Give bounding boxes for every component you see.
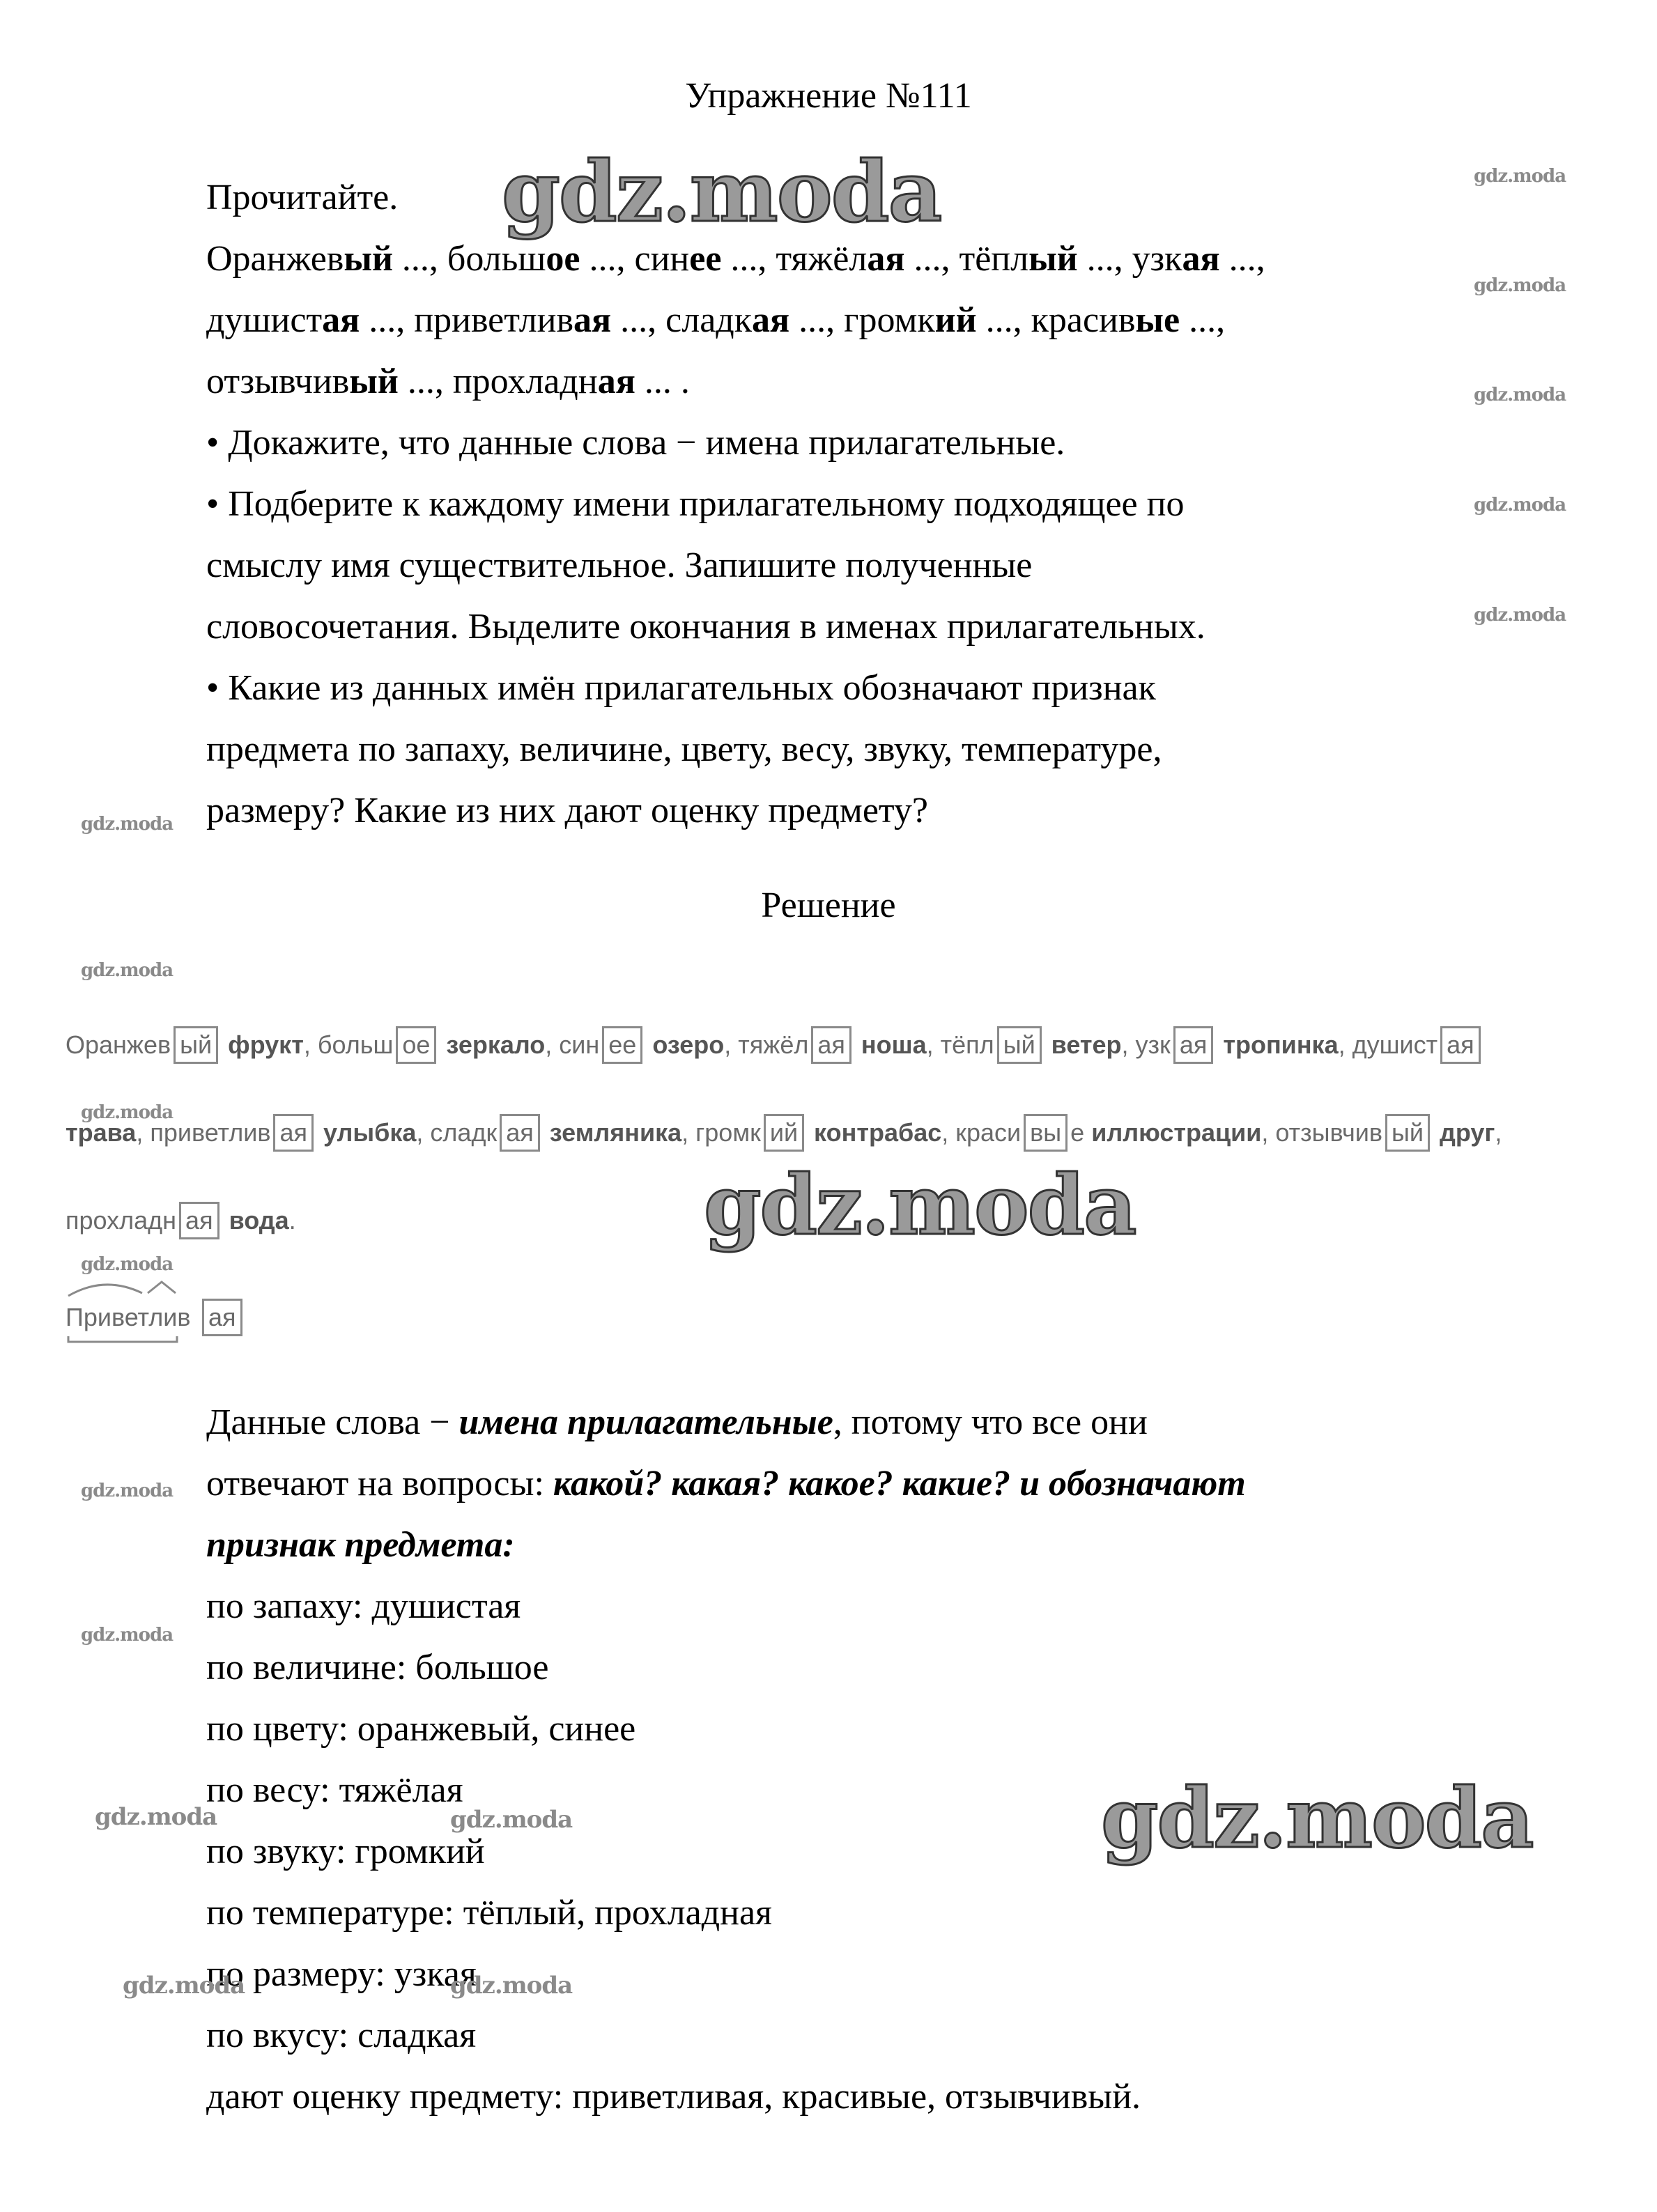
watermark-small: gdz.moda [1474, 275, 1566, 296]
noun: улыбка [316, 1118, 416, 1147]
watermark-small: gdz.moda [450, 1806, 572, 1834]
adjective-stem: прохладн [65, 1206, 176, 1235]
separator: , [1495, 1118, 1502, 1147]
adjective-stem: больш [318, 1030, 394, 1059]
separator: , [545, 1030, 559, 1059]
adjective-stem: сладк [430, 1118, 497, 1147]
noun: земляника [543, 1118, 681, 1147]
answer-category: по размеру: узкая [206, 1944, 1530, 2005]
word-ending: ая [598, 362, 635, 401]
separator: , [1339, 1030, 1352, 1059]
adjective-stem: краси [955, 1118, 1021, 1147]
answer-emphasis: имена прилагательные [459, 1402, 833, 1442]
noun: ноша [854, 1030, 927, 1059]
word-stem: сладк [665, 300, 752, 340]
word-ending: ее [689, 239, 721, 279]
answer-category: по вкусу: сладкая [206, 2005, 1530, 2066]
adjective-stem: громк [695, 1118, 761, 1147]
separator: ..., [580, 239, 634, 279]
exercise-title: Упражнение №111 [0, 75, 1657, 116]
watermark-small: gdz.moda [1474, 385, 1566, 405]
word-stem: отзывчив [206, 362, 349, 401]
separator: , [1261, 1118, 1275, 1147]
adjective-stem: душист [1352, 1030, 1438, 1059]
word-ending: ая [867, 239, 904, 279]
ending-box: ая [1440, 1026, 1481, 1064]
watermark-small: gdz.moda [81, 814, 173, 835]
watermark-small: gdz.moda [81, 960, 173, 981]
word-ending: ая [573, 300, 611, 340]
ending-box: ая [811, 1026, 851, 1064]
separator: ..., [789, 300, 844, 340]
word-ending: ая [322, 300, 360, 340]
answer-category: по температуре: тёплый, прохладная [206, 1882, 1530, 1944]
noun: вода [222, 1206, 289, 1235]
word-ending: ий [935, 300, 977, 340]
separator: , [304, 1030, 318, 1059]
ending-box: ее [602, 1026, 642, 1064]
ending-box: ая [1173, 1026, 1214, 1064]
solution-line: трава, приветливая улыбка, сладкая земля… [65, 1112, 1502, 1154]
noun: тропинка [1216, 1030, 1338, 1059]
noun: друг [1433, 1118, 1495, 1147]
task-bullet-2-cont: словосочетания. Выделите окончания в име… [206, 596, 1530, 658]
noun: озеро [645, 1030, 724, 1059]
word-stem: узк [1132, 239, 1182, 279]
word-stem: душист [206, 300, 322, 340]
task-bullet-3-cont: предмета по запаху, величине, цвету, вес… [206, 719, 1530, 780]
word-stem: красив [1031, 300, 1136, 340]
word-stem: прохладн [453, 362, 598, 401]
adjective-stem: тяжёл [738, 1030, 808, 1059]
morpheme-ending: ая [202, 1299, 242, 1336]
solution-line: Оранжевый фрукт, большое зеркало, синее … [65, 1024, 1483, 1066]
separator: ..., [611, 300, 665, 340]
task-bullet-1: • Докажите, что данные слова − имена при… [206, 412, 1530, 474]
watermark-small: gdz.moda [81, 1480, 173, 1501]
separator: , [927, 1030, 941, 1059]
answer-category: по величине: большое [206, 1637, 1530, 1699]
answer-emphasis: признак предмета: [206, 1525, 515, 1565]
watermark-small: gdz.moda [1474, 605, 1566, 626]
separator: ... . [635, 362, 690, 401]
watermark-large: gdz.moda [502, 143, 941, 241]
noun: фрукт [221, 1030, 304, 1059]
word-ending: ое [546, 239, 580, 279]
separator: , [681, 1118, 695, 1147]
word-ending: ая [752, 300, 789, 340]
word-ending: ый [1028, 239, 1078, 279]
word-stem: больш [447, 239, 546, 279]
task-bullet-3-cont: размеру? Какие из них дают оценку предме… [206, 780, 1530, 842]
solution-line: прохладная вода. [65, 1200, 296, 1242]
answer-emphasis: какой? какая? какое? какие? и обозначают [553, 1464, 1246, 1503]
ending-box: ое [396, 1026, 436, 1064]
watermark-small: gdz.moda [81, 1102, 173, 1123]
separator: , [416, 1118, 430, 1147]
solution-title: Решение [0, 885, 1657, 926]
separator: ..., [1180, 300, 1225, 340]
word-ending: ые [1135, 300, 1180, 340]
ending-box: ый [1385, 1114, 1430, 1152]
noun: зеркало [439, 1030, 545, 1059]
morpheme-stem: Приветлив [65, 1303, 191, 1332]
separator: ..., [399, 362, 453, 401]
task-bullet-2: • Подберите к каждому имени прилагательн… [206, 474, 1530, 535]
ending-box: ий [764, 1114, 804, 1152]
separator: ..., [393, 239, 447, 279]
separator: , [941, 1118, 955, 1147]
answer-text: Данные слова − имена прилагательные, пот… [206, 1392, 1530, 2128]
word-stem: тёпл [959, 239, 1028, 279]
watermark-large: gdz.moda [704, 1157, 1136, 1253]
word-ending: ый [349, 362, 399, 401]
word-stem: Оранжев [206, 239, 344, 279]
separator: ..., [360, 300, 414, 340]
separator: ..., [1220, 239, 1265, 279]
ending-box: ая [179, 1202, 219, 1239]
watermark-large: gdz.moda [1101, 1770, 1533, 1866]
watermark-small: gdz.moda [450, 1972, 572, 2000]
watermark-small: gdz.moda [95, 1803, 217, 1831]
ending-box: ый [997, 1026, 1042, 1064]
separator: ..., [977, 300, 1031, 340]
ending-box: ая [500, 1114, 540, 1152]
task-text: Прочитайте. Оранжевый ..., большое ..., … [206, 167, 1530, 842]
answer-category: по запаху: душистая [206, 1576, 1530, 1637]
word-stem: тяжёл [776, 239, 867, 279]
adjective-stem: Оранжев [65, 1030, 171, 1059]
watermark-small: gdz.moda [1474, 166, 1566, 187]
answer-line-3: признак предмета: [206, 1515, 1530, 1576]
ending-box: вы [1024, 1114, 1068, 1152]
word-stem: приветлив [414, 300, 573, 340]
answer-line-1: Данные слова − имена прилагательные, пот… [206, 1392, 1530, 1453]
ending-box: ый [174, 1026, 218, 1064]
watermark-small: gdz.moda [81, 1254, 173, 1275]
separator: ..., [904, 239, 959, 279]
task-words-line-3: отзывчивый ..., прохладная ... . [206, 351, 1530, 412]
task-bullet-2-cont: смыслу имя существительное. Запишите пол… [206, 535, 1530, 596]
word-stem: громк [844, 300, 935, 340]
ending-box: ая [273, 1114, 314, 1152]
answer-line-2: отвечают на вопросы: какой? какая? какое… [206, 1453, 1530, 1515]
separator: ..., [1078, 239, 1132, 279]
word-stem: син [634, 239, 689, 279]
separator: , [1122, 1030, 1136, 1059]
watermark-small: gdz.moda [123, 1972, 245, 2000]
separator: . [289, 1206, 296, 1235]
adjective-stem: отзывчив [1275, 1118, 1382, 1147]
answer-category: по цвету: оранжевый, синее [206, 1699, 1530, 1760]
separator: ..., [721, 239, 776, 279]
word-ending: ый [344, 239, 393, 279]
watermark-small: gdz.moda [81, 1625, 173, 1646]
separator: , [724, 1030, 738, 1059]
noun: иллюстрации [1084, 1118, 1261, 1147]
word-ending: ая [1182, 239, 1219, 279]
morpheme-example: Приветлив ая [65, 1275, 247, 1352]
task-words-line-2: душистая ..., приветливая ..., сладкая .… [206, 290, 1530, 351]
noun: ветер [1045, 1030, 1122, 1059]
adjective-stem: тёпл [941, 1030, 994, 1059]
task-bullet-3: • Какие из данных имён прилагательных об… [206, 658, 1530, 719]
answer-conclusion: дают оценку предмету: приветливая, краси… [206, 2066, 1530, 2128]
adjective-stem: узк [1136, 1030, 1171, 1059]
adjective-stem: син [559, 1030, 599, 1059]
watermark-small: gdz.moda [1474, 495, 1566, 516]
adjective-tail: е [1070, 1118, 1084, 1147]
noun: контрабас [807, 1118, 941, 1147]
